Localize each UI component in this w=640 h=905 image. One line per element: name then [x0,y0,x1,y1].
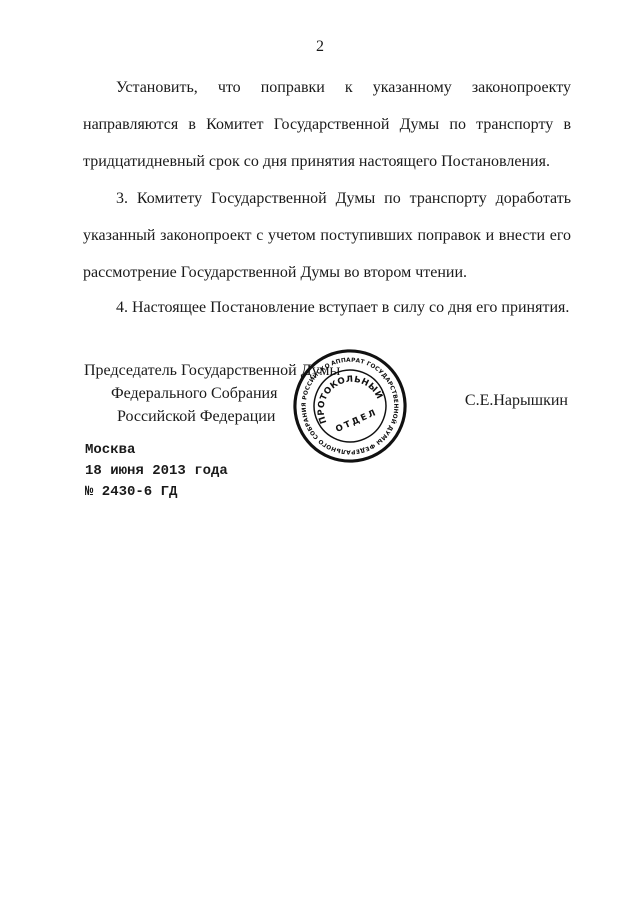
paragraph-line: направляются в Комитет Государственной Д… [83,106,571,143]
stamp-ring-text: АППАРАТ ГОСУДАРСТВЕННОЙ ДУМЫ ФЕДЕРАЛЬНОГ… [291,347,409,465]
issue-date: 18 июня 2013 года [85,461,228,482]
document-page: 2 Установить, что поправки к указанному … [0,0,640,905]
issue-number: № 2430-6 ГД [85,482,228,503]
issue-details-block: Москва 18 июня 2013 года № 2430-6 ГД [85,440,228,503]
paragraph-line: указанный законопроект с учетом поступив… [83,217,571,254]
page-number: 2 [0,38,640,56]
paragraph-item-4: 4. Настоящее Постановление вступает в си… [83,289,571,326]
paragraph-2-continuation: Установить, что поправки к указанному за… [83,69,571,180]
protocol-department-stamp: АППАРАТ ГОСУДАРСТВЕННОЙ ДУМЫ ФЕДЕРАЛЬНОГ… [291,347,409,465]
issue-city: Москва [85,440,228,461]
paragraph-line: 3. Комитету Государственной Думы по тран… [83,180,571,217]
signatory-name: С.Е.Нарышкин [465,392,568,410]
paragraph-line: рассмотрение Государственной Думы во вто… [83,254,571,291]
stamp-seal-graphic: АППАРАТ ГОСУДАРСТВЕННОЙ ДУМЫ ФЕДЕРАЛЬНОГ… [291,347,409,465]
stamp-center-text: ОТДЕЛ [334,408,379,435]
paragraph-line: тридцатидневный срок со дня принятия нас… [83,143,571,180]
paragraph-line: 4. Настоящее Постановление вступает в си… [83,289,571,326]
paragraph-item-3: 3. Комитету Государственной Думы по тран… [83,180,571,291]
paragraph-line: Установить, что поправки к указанному за… [83,69,571,106]
stamp-outer-circle [291,347,409,465]
